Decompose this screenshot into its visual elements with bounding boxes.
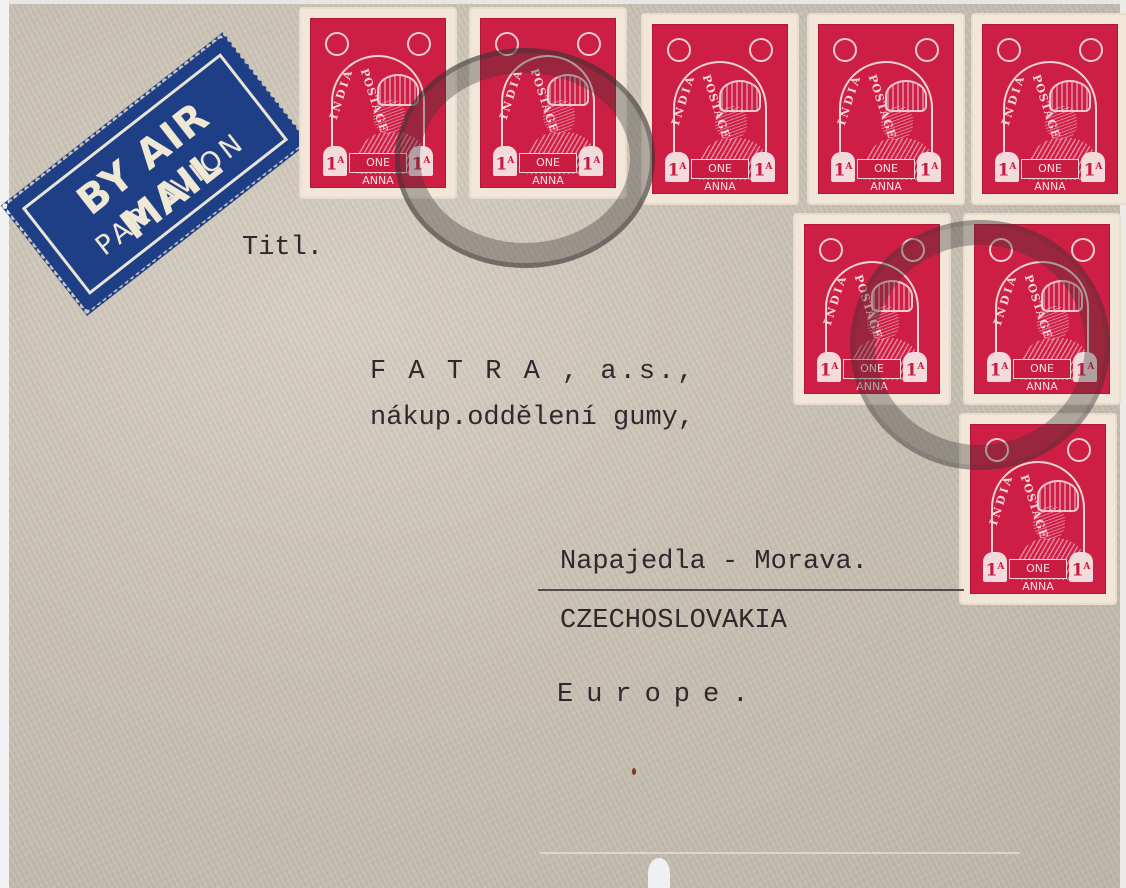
- stamp-value-left: 1A: [995, 152, 1019, 182]
- lotus-ornament-icon: [915, 38, 939, 62]
- lotus-ornament-icon: [577, 32, 601, 56]
- envelope-tear: [648, 858, 670, 888]
- stamp-value-right: 1A: [1069, 552, 1093, 582]
- address-underline: [538, 589, 964, 591]
- airmail-label: BY AIR MAIL PAR AVION: [9, 40, 301, 307]
- envelope-top-edge: [0, 0, 1126, 4]
- stamp-value-left: 1A: [831, 152, 855, 182]
- lotus-ornament-icon: [749, 38, 773, 62]
- postmark-cancel: [395, 48, 655, 268]
- stamp-value-right: 1A: [1081, 152, 1105, 182]
- lotus-ornament-icon: [407, 32, 431, 56]
- stamp-denomination: ONE ANNA: [857, 159, 915, 179]
- stamp-value-left: 1A: [983, 552, 1007, 582]
- stamp-value-left: 1A: [323, 146, 347, 176]
- stamp-design: INDIAPOSTAGE1AONE ANNA1A: [982, 24, 1118, 194]
- lotus-ornament-icon: [1067, 438, 1091, 462]
- stamp-denomination: ONE ANNA: [1009, 559, 1067, 579]
- address-city: Napajedla - Morava.: [560, 547, 868, 577]
- stamp-value-left: 1A: [665, 152, 689, 182]
- address-department: nákup.oddělení gumy,: [370, 403, 694, 433]
- stamp-paper: INDIAPOSTAGE1AONE ANNA1A: [643, 15, 797, 203]
- lotus-ornament-icon: [667, 38, 691, 62]
- stamp-value-left: 1A: [817, 352, 841, 382]
- stamp-design: INDIAPOSTAGE1AONE ANNA1A: [652, 24, 788, 194]
- postage-stamp: INDIAPOSTAGE1AONE ANNA1A: [970, 12, 1126, 206]
- stamp-value-right: 1A: [917, 152, 941, 182]
- postage-stamp: INDIAPOSTAGE1AONE ANNA1A: [806, 12, 966, 206]
- stamp-paper: INDIAPOSTAGE1AONE ANNA1A: [973, 15, 1126, 203]
- stamp-value-right: 1A: [751, 152, 775, 182]
- address-continent: Europe.: [557, 680, 761, 710]
- lotus-ornament-icon: [1079, 38, 1103, 62]
- address-country: CZECHOSLOVAKIA: [560, 606, 787, 636]
- stamp-denomination: ONE ANNA: [691, 159, 749, 179]
- stamp-denomination: ONE ANNA: [1021, 159, 1079, 179]
- envelope-left-edge: [0, 0, 9, 888]
- salutation-text: Titl.: [242, 233, 323, 263]
- lotus-ornament-icon: [325, 32, 349, 56]
- lotus-ornament-icon: [833, 38, 857, 62]
- stamp-design: INDIAPOSTAGE1AONE ANNA1A: [818, 24, 954, 194]
- lotus-ornament-icon: [819, 238, 843, 262]
- address-company: F A T R A , a.s.,: [370, 357, 696, 387]
- lotus-ornament-icon: [997, 38, 1021, 62]
- envelope: BY AIR MAIL PAR AVION INDIAPOSTAGE1AONE …: [0, 0, 1126, 888]
- stamp-paper: INDIAPOSTAGE1AONE ANNA1A: [809, 15, 963, 203]
- envelope-fold: [540, 852, 1020, 854]
- ink-spot: [632, 768, 636, 775]
- postmark-cancel: [850, 220, 1110, 470]
- postage-stamp: INDIAPOSTAGE1AONE ANNA1A: [640, 12, 800, 206]
